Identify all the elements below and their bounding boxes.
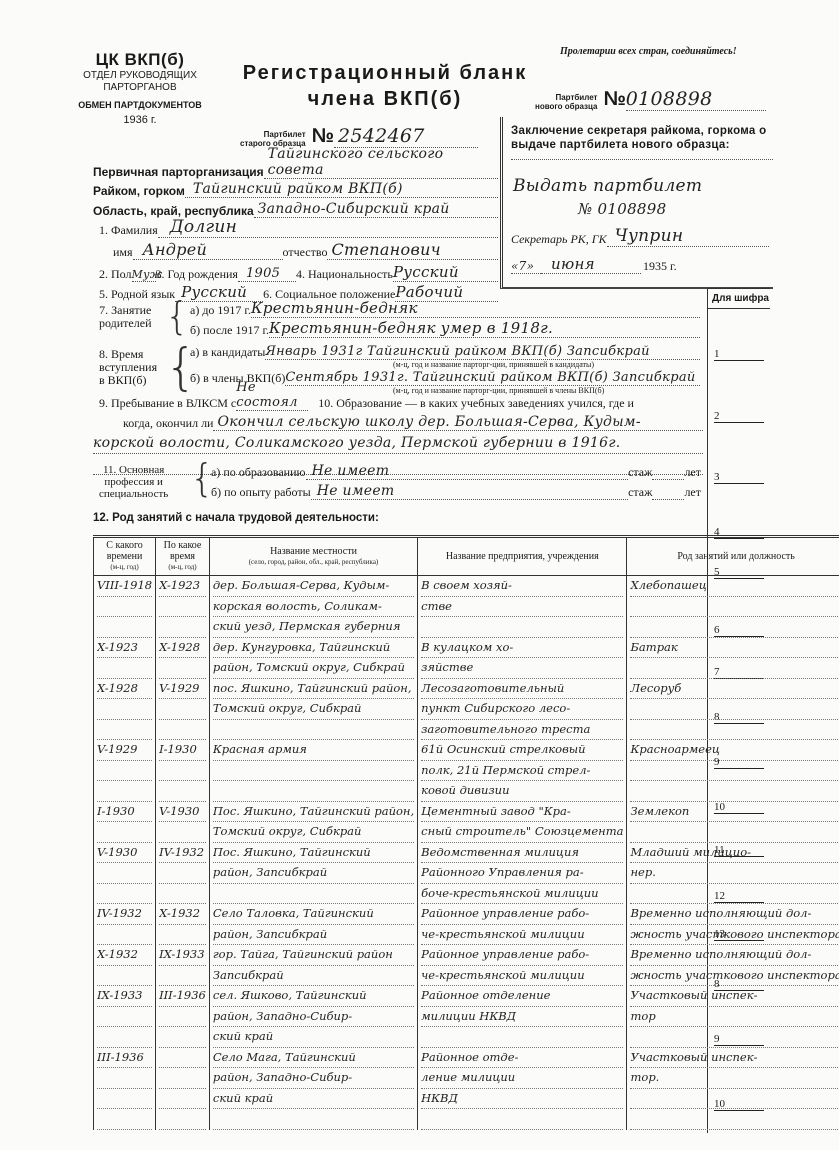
cell-line: Районного Управления ра-: [421, 863, 623, 884]
cell-line: жность участкового инспектора: [630, 925, 839, 946]
cell-line: [159, 1027, 206, 1048]
cell-line: пункт Сибирского лесо-: [421, 699, 623, 720]
cell-line: НКВД: [421, 1089, 623, 1110]
cell-line: [421, 1109, 623, 1130]
prof-a-row: а) по образованию Не имеет стаж лет: [211, 464, 701, 480]
parents-a-label: а) до 1917 г.: [190, 303, 251, 318]
cell-line: [97, 925, 152, 946]
cell-line: [97, 617, 152, 638]
vlksm-value: Не состоял: [236, 380, 308, 411]
place-cell: Пос. Яшкино, Тайгинский район,Томский ок…: [209, 802, 417, 843]
cell-line: X-1923: [159, 576, 206, 597]
parents-a-row: а) до 1917 г. Крестьянин-бедняк: [190, 300, 700, 318]
organization-cell: 61й Осинский стрелковыйполк, 21й Пермско…: [418, 740, 627, 802]
prof-label-2: профессия и: [99, 476, 168, 488]
to-date-cell: X-1928: [156, 638, 210, 679]
cell-line: [97, 1089, 152, 1110]
cell-line: [97, 1068, 152, 1089]
education-label-2: когда, окончил ли: [123, 416, 213, 431]
nationality-value: Русский: [393, 263, 498, 282]
cell-line: [630, 617, 839, 638]
cell-line: полк, 21й Пермской стрел-: [421, 761, 623, 782]
birth-year-value: 1905: [238, 266, 296, 282]
secretary-conclusion-box: Заключение секретаря райкома, горкома о …: [500, 117, 773, 289]
cell-line: [630, 699, 839, 720]
cell-line: че-крестьянской милиции: [421, 925, 623, 946]
cell-line: V-1930: [97, 843, 152, 864]
cell-line: Батрак: [630, 638, 839, 659]
organization-cell: Районное отде-ление милицииНКВД: [418, 1048, 627, 1130]
org-line-2: ОТДЕЛ РУКОВОДЯЩИХ: [70, 70, 210, 82]
table-row: IV-1932X-1932Село Таловка, Тайгинскийрай…: [94, 904, 839, 945]
position-cell: Участковый инспек-тор: [627, 986, 839, 1048]
place-cell: Пос. Яшкино, Тайгинскийрайон, Запсибкрай: [209, 843, 417, 905]
parents-label: 7. Занятие родителей: [99, 304, 152, 330]
column-header: Название предприятия, учреждения: [418, 537, 627, 576]
to-date-cell: I-1930: [156, 740, 210, 802]
stazh-b-value: [652, 499, 684, 500]
cell-line: [97, 822, 152, 843]
secretary-label: Секретарь РК, ГК: [511, 232, 607, 247]
parents-b-value: Крестьянин-бедняк умер в 1918г.: [269, 319, 700, 338]
cell-line: Лесозаготовительный: [421, 679, 623, 700]
organization-cell: В своем хозяй-стве: [418, 576, 627, 638]
organization-cell: Районное управление рабо-че-крестьянской…: [418, 945, 627, 986]
cell-line: [213, 1109, 414, 1130]
prof-a-value: Не имеет: [306, 463, 629, 480]
prof-label-1: 11. Основная: [99, 464, 168, 476]
cell-line: [97, 658, 152, 679]
cell-line: ский край: [213, 1089, 414, 1110]
cell-line: X-1928: [159, 638, 206, 659]
raikom-label: Райком, горком: [93, 184, 185, 198]
cell-line: Красноармеец: [630, 740, 839, 761]
join-a-row: а) в кандидаты Январь 1931г Тайгинский р…: [190, 342, 700, 360]
cell-line: [159, 720, 206, 741]
cell-line: [97, 720, 152, 741]
table-row: III-1936Село Мага, Тайгинскийрайон, Запа…: [94, 1048, 839, 1130]
cell-line: боче-крестьянской милиции: [421, 884, 623, 905]
let-label: лет: [684, 465, 701, 480]
table-row: V-1930IV-1932Пос. Яшкино, Тайгинскийрайо…: [94, 843, 839, 905]
cell-line: X-1932: [159, 904, 206, 925]
cell-line: [159, 1007, 206, 1028]
raikom-value: Тайгинский райком ВКП(б): [185, 181, 498, 198]
oblast-row: Область, край, республика Западно-Сибирс…: [93, 198, 498, 218]
cell-line: [97, 699, 152, 720]
cell-line: 61й Осинский стрелковый: [421, 740, 623, 761]
number-sign: №: [603, 88, 625, 111]
cell-line: X-1928: [97, 679, 152, 700]
place-cell: дер. Большая-Серва, Кудым-корская волост…: [209, 576, 417, 638]
column-header: Род занятий или должность: [627, 537, 839, 576]
parents-a-value: Крестьянин-бедняк: [251, 299, 700, 318]
form-title-line-2: члена ВКП(б): [240, 86, 530, 112]
cell-line: [159, 863, 206, 884]
cell-line: тор.: [630, 1068, 839, 1089]
cell-line: [159, 597, 206, 618]
cell-line: I-1930: [97, 802, 152, 823]
cell-line: [159, 658, 206, 679]
cell-line: район, Западно-Сибир-: [213, 1068, 414, 1089]
org-line-3: ПАРТОРГАНОВ: [70, 82, 210, 94]
cell-line: [630, 1109, 839, 1130]
brace-icon: {: [165, 294, 189, 338]
cell-line: Ведомственная милиция: [421, 843, 623, 864]
cell-line: I-1930: [159, 740, 206, 761]
cell-line: че-крестьянской милиции: [421, 966, 623, 987]
cell-line: дер. Большая-Серва, Кудым-: [213, 576, 414, 597]
new-card-number-field: Партбилет нового образца № 0108898: [535, 88, 766, 111]
from-date-cell: X-1932: [94, 945, 156, 986]
surname-value: Долгин: [158, 217, 498, 238]
cell-line: [159, 699, 206, 720]
form-title-line-1: Регистрационный бланк: [240, 60, 530, 86]
join-a-label: а) в кандидаты: [190, 345, 265, 360]
education-row-1: когда, окончил ли Окончил сельскую школу…: [93, 411, 703, 431]
cell-line: [421, 1027, 623, 1048]
prof-b-label: б) по опыту работы: [211, 485, 311, 500]
to-date-cell: X-1923: [156, 576, 210, 638]
cell-line: [159, 761, 206, 782]
cell-line: [630, 658, 839, 679]
education-value-1: Окончил сельскую школу дер. Большая-Серв…: [213, 414, 703, 431]
conclusion-text-2: № 0108898: [578, 200, 773, 218]
cipher-number: 2: [714, 410, 764, 423]
column-header: Название местности(село, город, район, о…: [209, 537, 417, 576]
column-subtitle: (село, город, район, обл., край, республ…: [211, 557, 416, 568]
cell-line: В своем хозяй-: [421, 576, 623, 597]
to-date-cell: IV-1932: [156, 843, 210, 905]
cell-line: X-1932: [97, 945, 152, 966]
profession-label: 11. Основная профессия и специальность: [99, 464, 168, 500]
cell-line: район, Запсибкрай: [213, 863, 414, 884]
cell-line: Районное отде-: [421, 1048, 623, 1069]
to-date-cell: V-1929: [156, 679, 210, 741]
from-date-cell: IV-1932: [94, 904, 156, 945]
prof-b-row: б) по опыту работы Не имеет стаж лет: [211, 484, 701, 500]
cell-line: Участковый инспек-: [630, 986, 839, 1007]
cell-line: VIII-1918: [97, 576, 152, 597]
primary-org-label: Первичная парторганизация: [93, 165, 264, 179]
cipher-heading: Для шифра: [708, 288, 770, 309]
new-card-number: 0108898: [626, 88, 766, 111]
cell-line: [630, 720, 839, 741]
column-subtitle: (м-ц, год): [95, 562, 154, 573]
cell-line: [159, 1068, 206, 1089]
cell-line: [630, 761, 839, 782]
position-cell: Красноармеец: [627, 740, 839, 802]
column-title: Название местности: [211, 546, 416, 557]
birth-year-label: 3. Год рождения: [156, 267, 238, 282]
education-value-2: корской волости, Соликамского уезда, Пер…: [93, 431, 703, 454]
cell-line: нер.: [630, 863, 839, 884]
cell-line: [213, 720, 414, 741]
prof-label-3: специальность: [99, 488, 168, 500]
patronymic-label: отчество: [283, 245, 328, 260]
patronymic-value: Степанович: [327, 240, 498, 260]
place-cell: пос. Яшкино, Тайгинский район,Томский ок…: [209, 679, 417, 741]
to-date-cell: IX-1933: [156, 945, 210, 986]
cell-line: Районное управление рабо-: [421, 945, 623, 966]
cell-line: Хлебопашец: [630, 576, 839, 597]
cell-line: гор. Тайга, Тайгинский район: [213, 945, 414, 966]
cell-line: жность участкового инспектора: [630, 966, 839, 987]
cell-line: Пос. Яшкино, Тайгинский район,: [213, 802, 414, 823]
cell-line: [97, 1027, 152, 1048]
place-cell: Село Мага, Тайгинскийрайон, Западно-Сиби…: [209, 1048, 417, 1130]
position-cell: Младший милицио-нер.: [627, 843, 839, 905]
place-cell: Село Таловка, Тайгинскийрайон, Запсибкра…: [209, 904, 417, 945]
cell-line: район, Запсибкрай: [213, 925, 414, 946]
sex-value: Муж: [132, 268, 156, 282]
from-date-cell: I-1930: [94, 802, 156, 843]
cell-line: [630, 597, 839, 618]
slogan: Пролетарии всех стран, соединяйтесь!: [560, 46, 737, 57]
from-date-cell: IX-1933: [94, 986, 156, 1048]
work-table-header: С какого времени(м-ц, год)По какое время…: [94, 537, 839, 576]
name-label: имя: [113, 245, 133, 260]
stazh-label: стаж: [628, 465, 652, 480]
cell-line: [630, 822, 839, 843]
join-b-value: Сентябрь 1931г. Тайгинский райком ВКП(б)…: [285, 370, 700, 386]
to-date-cell: III-1936: [156, 986, 210, 1048]
organization-cell: Районное отделениемилиции НКВД: [418, 986, 627, 1048]
parents-label-2: родителей: [99, 317, 152, 330]
cell-line: [159, 781, 206, 802]
cell-line: [159, 617, 206, 638]
cell-line: Красная армия: [213, 740, 414, 761]
cell-line: тор: [630, 1007, 839, 1028]
let-label: лет: [684, 485, 701, 500]
secretary-signature: Чуприн: [607, 226, 769, 247]
cell-line: [421, 617, 623, 638]
cell-line: сный строитель" Союзцемента: [421, 822, 623, 843]
place-cell: Красная армия: [209, 740, 417, 802]
conclusion-heading: Заключение секретаря райкома, горкома о …: [503, 117, 773, 152]
table-row: V-1929I-1930Красная армия61й Осинский ст…: [94, 740, 839, 802]
from-date-cell: III-1936: [94, 1048, 156, 1130]
cell-line: район, Томский округ, Сибкрай: [213, 658, 414, 679]
cell-line: Временно исполняющий дол-: [630, 904, 839, 925]
org-year: 1936 г.: [70, 114, 210, 126]
raikom-row: Райком, горком Тайгинский райком ВКП(б): [93, 179, 498, 198]
new-card-label-1: Партбилет: [535, 93, 597, 102]
table-row: I-1930V-1930Пос. Яшкино, Тайгинский райо…: [94, 802, 839, 843]
table-row: VIII-1918X-1923дер. Большая-Серва, Кудым…: [94, 576, 839, 638]
cell-line: ковой дивизии: [421, 781, 623, 802]
from-date-cell: X-1923: [94, 638, 156, 679]
cell-line: дер. Кунгуровка, Тайгинский: [213, 638, 414, 659]
vlksm-row: 9. Пребывание в ВЛКСМ с Не состоял 10. О…: [93, 394, 703, 411]
position-cell: Землекоп: [627, 802, 839, 843]
parents-occupation: 7. Занятие родителей { а) до 1917 г. Кре…: [93, 300, 703, 340]
conclusion-text-1: Выдать партбилет: [513, 176, 773, 196]
cell-line: милиции НКВД: [421, 1007, 623, 1028]
sex-label: 2. Пол: [99, 267, 132, 282]
cell-line: IX-1933: [97, 986, 152, 1007]
primary-org-value: Тайгинского сельского совета: [264, 146, 498, 179]
cell-line: заготовительного треста: [421, 720, 623, 741]
prof-a-label: а) по образованию: [211, 465, 306, 480]
to-date-cell: [156, 1048, 210, 1130]
column-title: Название предприятия, учреждения: [419, 551, 625, 562]
cell-line: V-1930: [159, 802, 206, 823]
cell-line: III-1936: [97, 1048, 152, 1069]
cell-line: Томский округ, Сибкрай: [213, 699, 414, 720]
cell-line: [97, 966, 152, 987]
divider: [511, 158, 773, 160]
to-date-cell: V-1930: [156, 802, 210, 843]
table-row: X-1932IX-1933гор. Тайга, Тайгинский райо…: [94, 945, 839, 986]
cell-line: Районное управление рабо-: [421, 904, 623, 925]
column-header: С какого времени(м-ц, год): [94, 537, 156, 576]
date-day: «7»: [511, 259, 541, 274]
oblast-value: Западно-Сибирский край: [254, 201, 498, 218]
cell-line: [97, 1109, 152, 1130]
education-label: 10. Образование — в каких учебных заведе…: [318, 396, 634, 411]
new-card-label: Партбилет нового образца: [535, 93, 597, 111]
cell-line: зяйстве: [421, 658, 623, 679]
table-row: IX-1933III-1936сел. Яшково, Тайгинскийра…: [94, 986, 839, 1048]
cell-line: [159, 1089, 206, 1110]
organization-cell: В кулацком хо-зяйстве: [418, 638, 627, 679]
position-cell: Хлебопашец: [627, 576, 839, 638]
cell-line: [97, 761, 152, 782]
cell-line: [630, 1027, 839, 1048]
position-cell: Батрак: [627, 638, 839, 679]
cell-line: стве: [421, 597, 623, 618]
place-cell: гор. Тайга, Тайгинский районЗапсибкрай: [209, 945, 417, 986]
cell-line: Село Мага, Тайгинский: [213, 1048, 414, 1069]
table-row: X-1923X-1928дер. Кунгуровка, Тайгинскийр…: [94, 638, 839, 679]
sex-birth-row: 2. Пол Муж 3. Год рождения 1905 4. Нацио…: [93, 260, 498, 282]
column-title: Род занятий или должность: [628, 551, 839, 562]
form-title: Регистрационный бланк члена ВКП(б): [240, 60, 530, 112]
date-line: «7» июня 1935 г.: [511, 255, 773, 274]
work-history-heading: 12. Род занятий с начала трудовой деятел…: [93, 512, 379, 524]
column-header: По какое время(м-ц, год): [156, 537, 210, 576]
from-date-cell: V-1930: [94, 843, 156, 905]
cell-line: [213, 781, 414, 802]
cipher-number: 1: [714, 348, 764, 361]
cell-line: IX-1933: [159, 945, 206, 966]
position-cell: Лесоруб: [627, 679, 839, 741]
position-cell: Временно исполняющий дол-жность участков…: [627, 945, 839, 986]
cell-line: ский край: [213, 1027, 414, 1048]
join-label-3: в ВКП(б): [99, 374, 157, 387]
cell-line: Временно исполняющий дол-: [630, 945, 839, 966]
cell-line: X-1923: [97, 638, 152, 659]
cell-line: V-1929: [97, 740, 152, 761]
cell-line: [159, 966, 206, 987]
column-title: С какого времени: [95, 540, 154, 562]
stazh-label: стаж: [628, 485, 652, 500]
cell-line: Запсибкрай: [213, 966, 414, 987]
cell-line: Томский округ, Сибкрай: [213, 822, 414, 843]
join-label: 8. Время вступления в ВКП(б): [99, 348, 157, 387]
cell-line: корская волость, Соликам-: [213, 597, 414, 618]
cell-line: [97, 863, 152, 884]
surname-label: 1. Фамилия: [99, 223, 158, 238]
cell-line: Участковый инспек-: [630, 1048, 839, 1069]
column-subtitle: (м-ц, год): [157, 562, 208, 573]
primary-org-row: Первичная парторганизация Тайгинского се…: [93, 160, 498, 179]
cell-line: [97, 781, 152, 802]
cell-line: V-1929: [159, 679, 206, 700]
member-info: Первичная парторганизация Тайгинского се…: [93, 160, 498, 302]
stazh-a-value: [652, 479, 684, 480]
work-table-body: VIII-1918X-1923дер. Большая-Серва, Кудым…: [94, 576, 839, 1130]
cell-line: сел. Яшково, Тайгинский: [213, 986, 414, 1007]
secretary-line: Секретарь РК, ГК Чуприн: [511, 226, 773, 247]
cell-line: Село Таловка, Тайгинский: [213, 904, 414, 925]
cell-line: В кулацком хо-: [421, 638, 623, 659]
surname-row: 1. Фамилия Долгин: [93, 218, 498, 238]
organization-cell: Районное управление рабо-че-крестьянской…: [418, 904, 627, 945]
oblast-label: Область, край, республика: [93, 204, 254, 218]
cell-line: [630, 781, 839, 802]
cell-line: Районное отделение: [421, 986, 623, 1007]
date-year: 1935 г.: [643, 259, 677, 274]
old-card-number: 2542467: [334, 125, 478, 148]
cell-line: Цементный завод "Кра-: [421, 802, 623, 823]
cell-line: [159, 822, 206, 843]
vlksm-label: 9. Пребывание в ВЛКСМ с: [99, 396, 236, 411]
column-title: По какое время: [157, 540, 208, 562]
cell-line: [159, 1109, 206, 1130]
table-row: X-1928V-1929пос. Яшкино, Тайгинский райо…: [94, 679, 839, 741]
position-cell: Временно исполняющий дол-жность участков…: [627, 904, 839, 945]
old-card-label-1: Партбилет: [240, 130, 306, 139]
organization-cell: Цементный завод "Кра-сный строитель" Сою…: [418, 802, 627, 843]
party-joining: 8. Время вступления в ВКП(б) { а) в канд…: [93, 342, 703, 394]
number-sign: №: [312, 125, 334, 148]
cell-line: Пос. Яшкино, Тайгинский: [213, 843, 414, 864]
name-value: Андрей: [133, 240, 283, 260]
date-month: июня: [541, 255, 641, 274]
cell-line: [159, 884, 206, 905]
place-cell: дер. Кунгуровка, Тайгинскийрайон, Томски…: [209, 638, 417, 679]
cell-line: [630, 884, 839, 905]
cell-line: [97, 1007, 152, 1028]
cell-line: Землекоп: [630, 802, 839, 823]
cell-line: [97, 884, 152, 905]
issuing-organization: ЦК ВКП(б) ОТДЕЛ РУКОВОДЯЩИХ ПАРТОРГАНОВ …: [70, 50, 210, 126]
profession: 11. Основная профессия и специальность {…: [93, 460, 703, 504]
cell-line: ление милиции: [421, 1068, 623, 1089]
place-cell: сел. Яшково, Тайгинскийрайон, Западно-Си…: [209, 986, 417, 1048]
cell-line: [159, 925, 206, 946]
from-date-cell: VIII-1918: [94, 576, 156, 638]
cell-line: Лесоруб: [630, 679, 839, 700]
cell-line: [213, 884, 414, 905]
org-line-1: ЦК ВКП(б): [70, 50, 210, 70]
cell-line: [213, 761, 414, 782]
to-date-cell: X-1932: [156, 904, 210, 945]
cell-line: III-1936: [159, 986, 206, 1007]
old-card-number-field: Партбилет старого образца № 2542467: [240, 125, 478, 148]
cipher-number: 3: [714, 471, 764, 484]
cell-line: [97, 597, 152, 618]
nationality-label: 4. Национальность: [296, 267, 393, 282]
position-cell: Участковый инспек-тор.: [627, 1048, 839, 1130]
prof-b-value: Не имеет: [311, 483, 628, 500]
cell-line: район, Западно-Сибир-: [213, 1007, 414, 1028]
organization-cell: Лесозаготовительныйпункт Сибирского лесо…: [418, 679, 627, 741]
parents-b-label: б) после 1917 г.: [190, 323, 269, 338]
cell-line: пос. Яшкино, Тайгинский район,: [213, 679, 414, 700]
